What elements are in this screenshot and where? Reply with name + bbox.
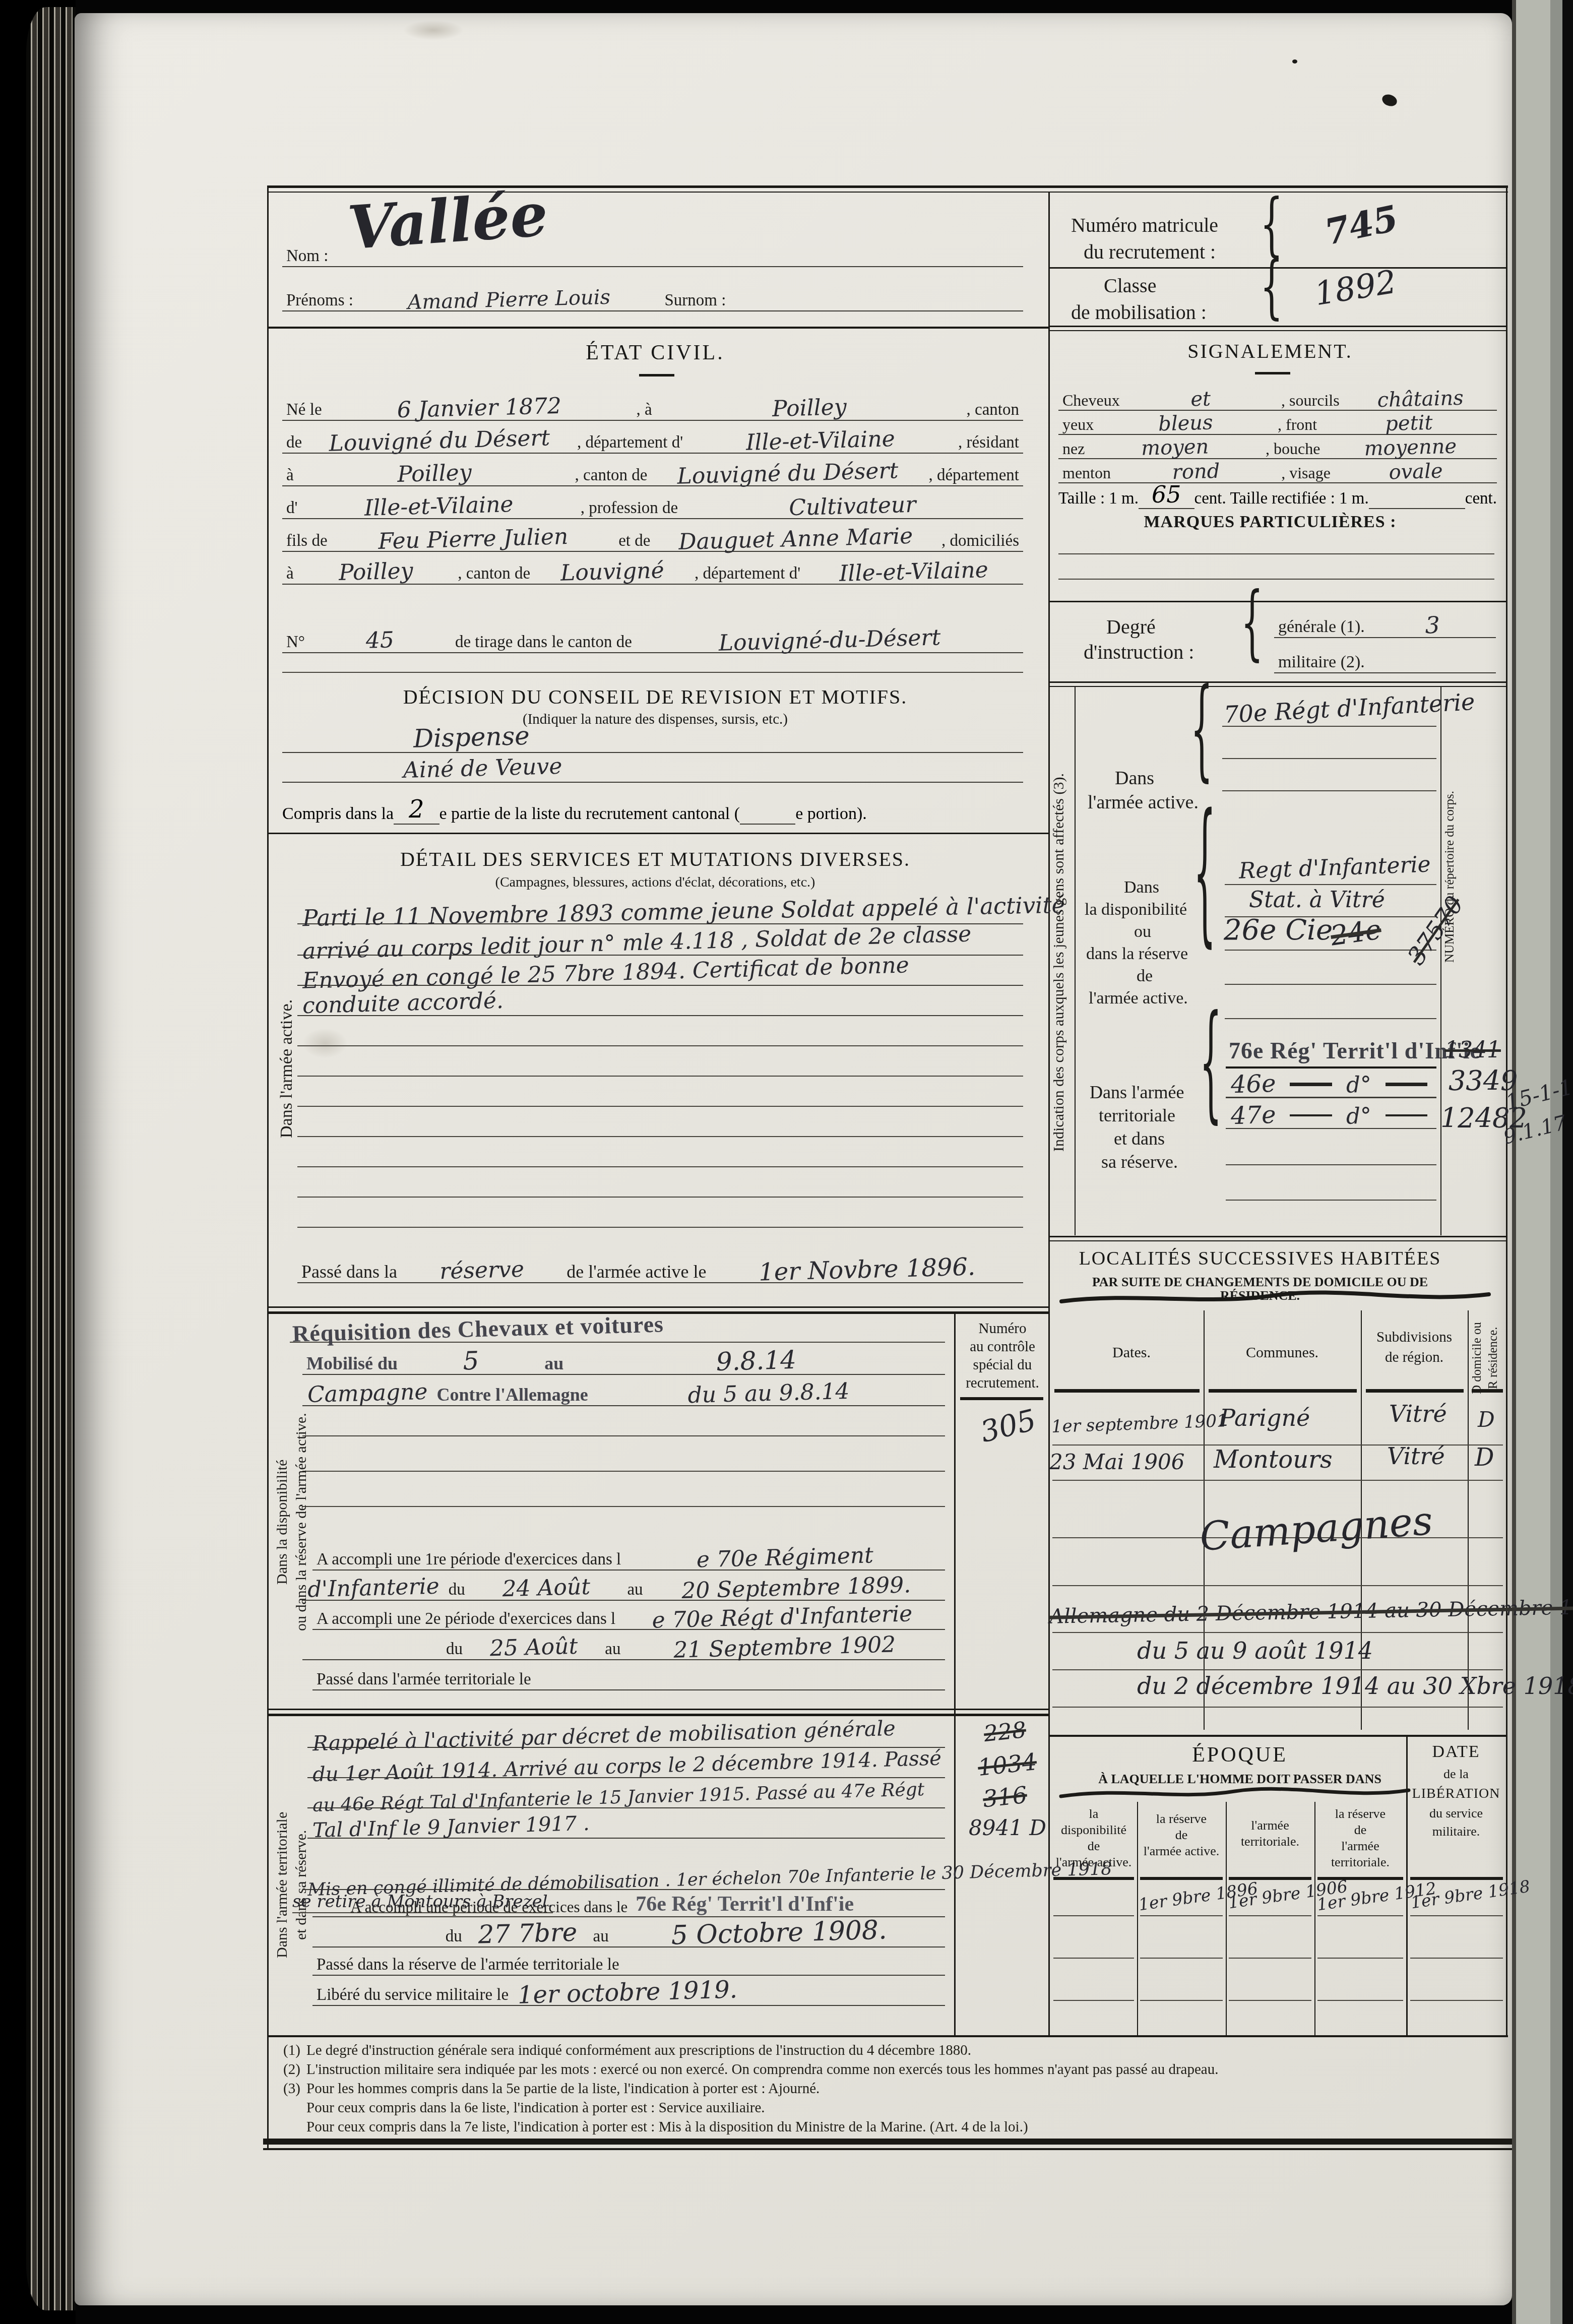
value: 9.8.14 xyxy=(568,1343,946,1379)
localites-swash xyxy=(1058,1288,1492,1308)
value: Louvigné xyxy=(534,559,691,586)
blank-rule xyxy=(1410,1915,1503,1916)
label: du xyxy=(445,1582,469,1600)
label: fils de xyxy=(282,533,332,551)
label: , sourcils xyxy=(1277,392,1344,410)
epoque-col1-b: disponibilité xyxy=(1053,1823,1134,1837)
classe-brace xyxy=(1260,252,1283,321)
blank-rule xyxy=(1317,2000,1403,2001)
label: au xyxy=(601,1641,624,1659)
section-divider xyxy=(268,1709,1048,1710)
margin-number-struck: 228 xyxy=(983,1719,1027,1746)
regiment-number: 47e xyxy=(1225,1103,1281,1129)
value: Dauguet Anne Marie xyxy=(654,525,938,555)
footnote-5: Pour ceux compris dans la 7e liste, l'in… xyxy=(306,2119,1503,2135)
blank-rule xyxy=(1140,1915,1223,1916)
libere-line: Libéré du service militaire le 1er octob… xyxy=(312,1977,945,2006)
value: moyen xyxy=(1089,435,1262,461)
signalement-row-3: nezmoyen, bouchemoyenne xyxy=(1058,434,1497,459)
campagne-allemagne-line: Campagne Contre l'Allemagne du 5 au 9.8.… xyxy=(302,1375,945,1406)
label: à xyxy=(282,566,298,584)
section-divider xyxy=(268,1306,1048,1308)
localites-header-subdiv-2: de région. xyxy=(1364,1350,1465,1365)
footnote-text: Pour les hommes compris dans la 5e parti… xyxy=(306,2081,820,2097)
services-line-2: arrivé au corps ledit jour n° mle 4.118 … xyxy=(297,924,1023,956)
epoque-col1-d: l'armée active. xyxy=(1053,1855,1134,1869)
taille-value: 65 xyxy=(1139,481,1194,509)
label: , canton xyxy=(963,402,1023,420)
blank-rule xyxy=(1226,1164,1436,1165)
blank-rule xyxy=(1222,758,1436,759)
frame-left-line xyxy=(267,185,269,2148)
stamp-regiment: 76e Rég' Territ'l d'Inf'ie xyxy=(632,1894,858,1916)
epoque-subtitle: À LAQUELLE L'HOMME DOIT PASSER DANS xyxy=(1063,1772,1416,1786)
rappel-line-1: Rappelé à l'activité par décret de mobil… xyxy=(307,1718,945,1748)
label: de l'armée active le xyxy=(562,1263,710,1282)
label: Libéré du service militaire le xyxy=(312,1987,513,2005)
value: Poilley xyxy=(297,559,454,586)
corps-g1-label-2: l'armée active. xyxy=(1088,792,1199,813)
date-header-1: DATE xyxy=(1409,1743,1503,1761)
epoque-col4-a: la réserve xyxy=(1317,1807,1403,1820)
instruction-brace xyxy=(1241,582,1264,663)
corps-g2-label-3: ou xyxy=(1134,922,1151,941)
numero-controle-column-line xyxy=(954,1311,956,2035)
epoque-col1-c: de xyxy=(1053,1839,1134,1853)
value: moyenne xyxy=(1324,435,1497,461)
numero-controle-header-1: Numéro xyxy=(958,1320,1047,1338)
label: Passé dans l'armée territoriale le xyxy=(312,1671,535,1689)
epoque-col3-b: territoriale. xyxy=(1229,1835,1311,1848)
surnom-label: Surnom : xyxy=(661,292,730,310)
marques-title: MARQUES PARTICULIÈRES : xyxy=(1109,513,1431,531)
blank-rule xyxy=(297,1136,1023,1137)
etat-line-3: àPoilley, canton deLouvigné du Désert, d… xyxy=(282,456,1023,486)
corps-divider xyxy=(1050,1236,1506,1237)
label: A accompli une 2e période d'exercices da… xyxy=(312,1611,619,1629)
blank-rule xyxy=(1140,2000,1223,2001)
epoque-col2-a: la réserve xyxy=(1140,1812,1223,1826)
blank-rule xyxy=(302,1471,945,1472)
epoque-col3-a: l'armée xyxy=(1229,1818,1311,1832)
ditto-dash xyxy=(1386,1083,1427,1086)
rappel-line-4: Tal d'Inf le 9 Janvier 1917 . xyxy=(307,1808,945,1839)
passe-territoriale-line: Passé dans l'armée territoriale le xyxy=(312,1662,945,1690)
value: Ille-et-Vilaine xyxy=(687,426,955,456)
decision-value-1: Dispense xyxy=(282,723,535,755)
label: A accompli une 1re période d'exercices d… xyxy=(312,1551,625,1569)
corps-g3-label-4: sa réserve. xyxy=(1101,1152,1178,1172)
blank-rule xyxy=(1225,984,1436,985)
blank-rule xyxy=(297,1227,1023,1228)
page-bottom-heavy-line xyxy=(263,2139,1512,2145)
value: Louvigné du Désert xyxy=(306,426,574,456)
surname-handwritten: Vallée xyxy=(346,184,549,258)
epoque-col2-b: de xyxy=(1140,1828,1223,1842)
compris-line: Compris dans la 2 e partie de la liste d… xyxy=(282,795,1023,825)
footnote-4: Pour ceux compris dans la 6e liste, l'in… xyxy=(306,2100,1503,2116)
periode1-line-a: A accompli une 1re période d'exercices d… xyxy=(312,1541,945,1571)
header-rule xyxy=(1366,1389,1464,1393)
footnote-text: Pour ceux compris dans la 7e liste, l'in… xyxy=(306,2119,1028,2135)
blank-rule xyxy=(1225,1018,1436,1019)
localites-row2-subdiv: Vitré xyxy=(1387,1444,1445,1468)
localites-header-domicile: D domicile ou xyxy=(1471,1312,1483,1403)
blank-rule xyxy=(1410,1958,1503,1959)
blank-rule xyxy=(302,1506,945,1507)
footnote-1: (1)Le degré d'instruction générale sera … xyxy=(283,2042,1503,2059)
value: 3 xyxy=(1368,612,1496,639)
frame-bottom-of-columns xyxy=(267,2035,1508,2037)
blank-rule xyxy=(297,1197,1023,1198)
label: d' xyxy=(282,500,301,518)
corps-divider-2 xyxy=(1050,1240,1506,1241)
value: ovale xyxy=(1334,460,1497,484)
value: Poilley xyxy=(656,393,963,424)
demobilisation-line: Mis en congé illimité de démobilisation … xyxy=(302,1864,945,1890)
blank-rule xyxy=(1052,1585,1503,1586)
footnote-2: (2)L'instruction militaire sera indiquée… xyxy=(283,2061,1503,2078)
footnote-text: L'instruction militaire sera indiquée pa… xyxy=(306,2061,1218,2078)
signalement-title: SIGNALEMENT. xyxy=(1109,341,1431,362)
label: au xyxy=(623,1582,647,1600)
label: du xyxy=(442,1641,467,1659)
etat-line-2: deLouvigné du Désert, département d'Ille… xyxy=(282,423,1023,454)
rappel-side-label-1: Dans l'armée territoriale xyxy=(275,1744,290,2026)
signalement-row-2: yeuxbleus, frontpetit xyxy=(1058,410,1497,435)
localites-row1-subdiv: Vitré xyxy=(1389,1402,1447,1425)
footnote-marker: (3) xyxy=(283,2081,306,2097)
label: e partie de la liste du recrutement cant… xyxy=(439,804,740,825)
epoque-header-rule xyxy=(1140,1877,1223,1880)
periode2-line-b: du 25 Août au 21 Septembre 1902 xyxy=(302,1630,945,1660)
label: militaire (2). xyxy=(1274,654,1369,672)
corps-g3-stamp-regiment: 76e Rég' Territ'l d'Inf'ie xyxy=(1229,1039,1481,1062)
corps-g3-label-3: et dans xyxy=(1114,1129,1165,1149)
corps-g2-label-1: Dans xyxy=(1124,878,1159,897)
decision-title: DÉCISION DU CONSEIL DE REVISION ET MOTIF… xyxy=(353,686,958,708)
ink-speck xyxy=(1292,59,1297,64)
localites-row2-date: 23 Mai 1906 xyxy=(1049,1452,1185,1473)
blank-rule xyxy=(1058,553,1494,554)
header-rule xyxy=(1209,1389,1357,1393)
value: Ille-et-Vilaine xyxy=(301,492,577,522)
corps-g2-value-2: Stat. à Vitré xyxy=(1249,889,1385,911)
etat-line-4: d'Ille-et-Vilaine, profession deCultivat… xyxy=(282,489,1023,519)
label: de xyxy=(282,434,306,453)
numero-controle-header-4: recrutement. xyxy=(958,1374,1047,1392)
value: d'Infanterie xyxy=(302,1575,445,1601)
margin-number: 8941 D xyxy=(969,1817,1046,1839)
value: Ille-et-Vilaine xyxy=(804,558,1024,586)
label: , front xyxy=(1274,416,1321,434)
date-header-4: du service xyxy=(1409,1806,1503,1820)
blank-rule xyxy=(1229,2000,1311,2001)
label: , canton de xyxy=(571,467,652,485)
entry: Tal d'Inf le 9 Janvier 1917 . xyxy=(307,1813,595,1842)
services-line-3: Envoyé en congé le 25 7bre 1894. Certifi… xyxy=(297,955,1023,986)
instruction-divider xyxy=(1050,681,1506,683)
corps-right-line xyxy=(1440,686,1441,1235)
epoque-column-line xyxy=(1314,1802,1315,2035)
value: e 70e Régiment xyxy=(625,1543,946,1574)
row-rule xyxy=(1052,1480,1503,1481)
paper-stain xyxy=(302,1028,348,1058)
label: et de xyxy=(614,533,654,551)
blank-rule xyxy=(1052,1707,1503,1708)
passe-reserve-line: Passé dans la réserve de l'armée active … xyxy=(297,1251,1023,1283)
blank-rule xyxy=(1053,2000,1134,2001)
ditto-dash xyxy=(1290,1114,1332,1116)
epoque-col4-d: territoriale. xyxy=(1317,1855,1403,1869)
blank-rule xyxy=(1225,884,1436,885)
margin-number-struck: 1034 xyxy=(977,1750,1038,1779)
etat-line-5: fils deFeu Pierre Julienet deDauguet Ann… xyxy=(282,522,1023,552)
blank-rule xyxy=(1052,1669,1503,1670)
label: , bouche xyxy=(1262,441,1324,458)
numero-header-rule xyxy=(960,1397,1043,1400)
epoque-header-rule xyxy=(1229,1877,1311,1880)
date-header-2: de la xyxy=(1409,1767,1503,1781)
column-separator xyxy=(1048,192,1050,2036)
stamp-label: au xyxy=(540,1354,568,1374)
date-header-5: militaire. xyxy=(1409,1825,1503,1838)
margin-number-struck: 316 xyxy=(982,1783,1028,1811)
label: cent. xyxy=(1465,489,1497,509)
value: 24 Août xyxy=(469,1575,623,1602)
corps-g2-brace xyxy=(1193,794,1216,949)
label: , profession de xyxy=(577,500,682,518)
periode1-line-b: d'Infanterie du 24 Août au 20 Septembre … xyxy=(302,1571,945,1601)
requisition-side-label-1: Dans la disponibilité xyxy=(275,1341,290,1704)
canton-value: Louvigné-du-Désert xyxy=(636,624,1023,657)
footnote-text: Le degré d'instruction générale sera ind… xyxy=(306,2042,971,2059)
localites-row1-dr: D xyxy=(1478,1409,1495,1430)
epoque-col2-c: l'armée active. xyxy=(1140,1844,1223,1858)
blank-rule xyxy=(1140,1958,1223,1959)
services-side-label: Dans l'armée active. xyxy=(278,907,295,1230)
localites-header-dates: Dates. xyxy=(1063,1345,1200,1361)
signalement-dash xyxy=(1255,372,1290,374)
numero-controle-header-3: spécial du xyxy=(958,1356,1047,1374)
label: au xyxy=(589,1928,613,1946)
corps-g2-value-1: Regt d'Infanterie xyxy=(1238,853,1431,882)
blank-rule xyxy=(1058,579,1494,580)
taille-line: Taille : 1 m. 65 cent. Taille rectifiée … xyxy=(1058,483,1497,509)
label: Passé dans la réserve de l'armée territo… xyxy=(312,1957,623,1975)
etat-line-1: Né le6 Janvier 1872, àPoilley, canton xyxy=(282,391,1023,421)
header-rule xyxy=(1054,1389,1200,1393)
label: , département d' xyxy=(573,434,687,453)
corps-g2-label-2: la disponibilité xyxy=(1085,900,1187,919)
regiment-number: 46e xyxy=(1225,1072,1281,1098)
value: petit xyxy=(1321,411,1497,436)
label: , à xyxy=(632,402,656,420)
services-line-1: Parti le 11 Novembre 1893 comme jeune So… xyxy=(297,892,1023,924)
label: du xyxy=(442,1928,466,1946)
value: réserve xyxy=(401,1258,562,1284)
value: 20 Septembre 1899. xyxy=(647,1573,945,1603)
instruction-label-1: Degré xyxy=(1106,616,1156,638)
epoque-column-line xyxy=(1137,1802,1138,2035)
epoque-col4-b: de xyxy=(1317,1823,1403,1837)
corps-g3-brace xyxy=(1200,998,1222,1125)
value: 1er octobre 1919. xyxy=(513,1977,743,2008)
blank-rule xyxy=(1226,1200,1436,1201)
corps-g1-label-1: Dans xyxy=(1115,768,1154,789)
corps-g3-label-2: territoriale xyxy=(1099,1106,1175,1126)
matricule-label-2: du recrutement : xyxy=(1084,241,1216,263)
label: , département d' xyxy=(690,566,804,584)
label: cent. Taille rectifiée : 1 m. xyxy=(1194,489,1369,509)
label: yeux xyxy=(1058,416,1098,434)
classe-divider-2 xyxy=(1050,330,1506,331)
blank-slot xyxy=(740,808,795,825)
date-header-3: LIBÉRATION xyxy=(1409,1786,1503,1801)
localites-row2-commune: Montours xyxy=(1214,1448,1333,1472)
rappel-line-3: au 46e Régt Tal d'Infanterie le 15 Janvi… xyxy=(307,1778,945,1808)
value: 1er Novbre 1896. xyxy=(710,1253,1024,1286)
label: Né le xyxy=(282,402,326,420)
prenoms-line: Prénoms : Amand Pierre Louis Surnom : xyxy=(282,282,1023,311)
section-divider-heavy xyxy=(268,1714,1048,1716)
services-subtitle: (Campagnes, blessures, actions d'éclat, … xyxy=(328,875,983,890)
prenoms-label: Prénoms : xyxy=(282,292,357,310)
decision-divider xyxy=(268,833,1048,834)
ditto: d° xyxy=(1341,1074,1376,1097)
value: châtains xyxy=(1343,387,1497,412)
value: e 70e Régt d'Infanterie xyxy=(619,1602,946,1634)
tirage-number: 45 xyxy=(308,627,451,654)
classe-label-2: de mobilisation : xyxy=(1071,301,1207,324)
tirage-line: N°45de tirage dans le canton deLouvigné-… xyxy=(282,621,1023,653)
localites-header-residence: R résidence. xyxy=(1487,1312,1499,1403)
corps-g2-label-6: l'armée active. xyxy=(1089,989,1188,1008)
prenoms-value: Amand Pierre Louis xyxy=(357,286,660,315)
label: Cheveux xyxy=(1058,392,1124,410)
value: 21 Septembre 1902 xyxy=(624,1632,946,1664)
mobilise-line: Mobilisé du 5 au 9.8.14 xyxy=(302,1345,945,1375)
value: bleus xyxy=(1098,411,1274,436)
corps-side-label: Indication des corps auxquels les jeunes… xyxy=(1051,701,1066,1225)
services-title: DÉTAIL DES SERVICES ET MUTATIONS DIVERSE… xyxy=(328,849,983,870)
localites-row2-dr: D xyxy=(1475,1446,1494,1470)
etat-line-6: àPoilley, canton deLouvigné, département… xyxy=(282,554,1023,585)
value: et xyxy=(1123,387,1277,412)
classe-label-1: Classe xyxy=(1104,275,1156,297)
epoque-col4-c: l'armée xyxy=(1317,1839,1403,1853)
value: Louvigné du Désert xyxy=(651,459,925,489)
paper-stain xyxy=(403,20,464,40)
ditto: d° xyxy=(1341,1105,1376,1128)
blank-rule xyxy=(1052,1632,1503,1633)
blank-rule xyxy=(1053,1958,1134,1959)
corps-g3-label-1: Dans l'armée xyxy=(1090,1083,1184,1103)
numero-label: N° xyxy=(282,634,309,652)
value: 5 xyxy=(401,1346,540,1375)
footnote-text: Pour ceux compris dans la 6e liste, l'in… xyxy=(306,2100,765,2116)
blank-rule xyxy=(297,1166,1023,1167)
retire-line: se retire à Montours à Brezel. xyxy=(292,1893,553,1913)
label: nez xyxy=(1058,441,1089,458)
stamp-label: Mobilisé du xyxy=(302,1354,402,1374)
value: Poilley xyxy=(297,459,571,489)
localites-title: LOCALITÉS SUCCESSIVES HABITÉES xyxy=(1079,1249,1441,1269)
blank-rule xyxy=(1317,1958,1403,1959)
blank-rule xyxy=(1222,790,1436,791)
label: générale (1). xyxy=(1274,618,1369,637)
label: , département xyxy=(924,467,1023,485)
label: Passé dans la xyxy=(297,1263,401,1282)
blank-rule xyxy=(297,1045,1023,1046)
table-column-line xyxy=(1468,1310,1469,1730)
instruction-label-2: d'instruction : xyxy=(1084,641,1194,663)
blank-slot xyxy=(1369,493,1465,509)
blank-rule xyxy=(297,1076,1023,1077)
matricule-label-1: Numéro matricule xyxy=(1071,214,1218,236)
label: , résidant xyxy=(954,434,1023,453)
value: du 5 au 9.8.14 xyxy=(592,1378,945,1410)
corps-g3-stamp-number-struck: 1341 xyxy=(1444,1039,1501,1061)
services-line-4: conduite accordé. xyxy=(297,985,1023,1016)
instruction-generale-line: générale (1). 3 xyxy=(1274,611,1496,638)
nom-label: Nom : xyxy=(282,248,332,266)
corps-g2-label-4: dans la réserve xyxy=(1086,945,1188,963)
value: Campagne xyxy=(302,1381,433,1407)
localites-header-communes: Communes. xyxy=(1208,1345,1357,1361)
blank-rule xyxy=(297,1106,1023,1107)
label: de tirage dans le canton de xyxy=(451,634,636,652)
blank-rule xyxy=(1229,1958,1311,1959)
instruction-militaire-line: militaire (2). xyxy=(1274,646,1496,673)
blank-rule xyxy=(1229,1915,1311,1916)
page-fore-edge xyxy=(1512,0,1573,2324)
stamp-underline xyxy=(1226,1066,1436,1069)
corps-g3-row-2: 47e d° xyxy=(1226,1103,1436,1129)
service-entry: conduite accordé. xyxy=(297,990,509,1018)
campagnes-line-2: du 5 au 9 août 1914 xyxy=(1137,1639,1373,1662)
corps-g3-row-1: 46e d° xyxy=(1226,1072,1436,1098)
label: menton xyxy=(1058,465,1115,482)
corps-left-line xyxy=(1075,686,1076,1235)
epoque-column-line xyxy=(1226,1802,1227,2035)
ditto-dash xyxy=(1386,1114,1427,1116)
epoque-top-line xyxy=(1050,1735,1506,1737)
blank-rule xyxy=(1053,1915,1134,1916)
signalement-divider xyxy=(1050,601,1506,602)
name-block-divider xyxy=(268,327,1048,329)
blank-rule xyxy=(1317,1915,1403,1916)
value: 5 Octobre 1908. xyxy=(612,1915,946,1951)
label: à xyxy=(282,467,298,485)
label: , visage xyxy=(1277,465,1335,482)
decision-line-1: Dispense xyxy=(282,722,1023,753)
blank-rule xyxy=(282,672,1023,673)
ditto-dash xyxy=(1290,1083,1332,1086)
epoque-title: ÉPOQUE xyxy=(1074,1744,1406,1766)
repertoire-side-label: NUMÉRO du répertoire du corps. xyxy=(1443,721,1456,1033)
decision-line-2: Ainé de Veuve xyxy=(282,753,1023,783)
value: 27 7bre xyxy=(466,1919,589,1948)
epoque-swash xyxy=(1058,1785,1411,1802)
signalement-row-1: Cheveuxet, sourcilschâtains xyxy=(1058,386,1497,411)
rappel-line-2: du 1er Août 1914. Arrivé au corps le 2 d… xyxy=(307,1748,945,1778)
instruction-divider-2 xyxy=(1050,686,1506,687)
localites-header-subdiv-1: Subdivisions xyxy=(1364,1330,1465,1345)
label: Taille : 1 m. xyxy=(1058,489,1139,509)
value: 25 Août xyxy=(466,1635,601,1661)
blank-rule xyxy=(1410,2000,1503,2001)
